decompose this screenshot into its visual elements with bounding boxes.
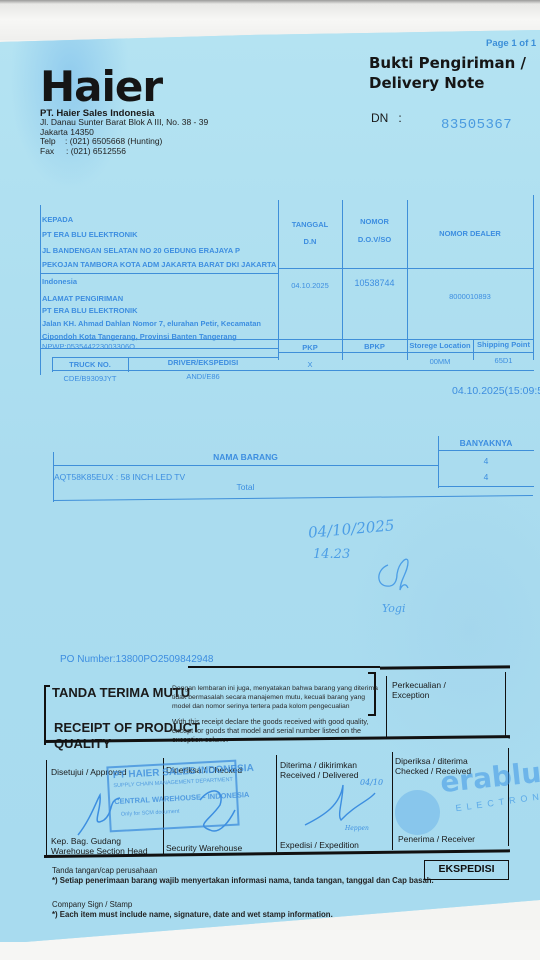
bpkp-header: BPKP <box>342 342 407 351</box>
nomor-value: 10538744 <box>342 278 407 288</box>
table-row-line <box>40 273 278 274</box>
table-row-line <box>278 370 534 371</box>
driver-value: ANDI/E86 <box>128 372 278 381</box>
goods-row-item: AQT58K85EUX : 58 INCH LED TV <box>54 472 185 482</box>
quantity-header: BANYAKNYA <box>438 438 534 448</box>
table-border-left <box>40 205 41 375</box>
received-delivered-label-1: Diterima / dikirimkan <box>280 760 357 770</box>
footnote-id-title: Tanda tangan/cap perusahaan <box>52 866 157 876</box>
recipient-address-2: PEKOJAN TAMBORA KOTA ADM JAKARTA BARAT D… <box>42 260 276 269</box>
shipping-point-header: Shipping Point <box>473 340 534 349</box>
footnote-en-text: *) Each item must include name, signatur… <box>52 910 333 920</box>
table-row-line <box>52 370 278 371</box>
exception-label-1: Perkecualian / <box>392 680 446 690</box>
nomor-header: NOMOR <box>342 217 407 226</box>
recipient-label: KEPADA <box>42 215 73 224</box>
recipient-country: Indonesia <box>42 277 77 286</box>
table-divider <box>407 200 408 360</box>
quality-bracket-right <box>368 714 376 716</box>
dn-label: DN : <box>371 111 402 125</box>
tanggal-header-2: D.N <box>278 237 342 246</box>
recipient-address-1: JL BANDENGAN SELATAN NO 20 GEDUNG ERAJAY… <box>42 246 240 255</box>
document-title: Bukti Pengiriman / Delivery Note <box>369 53 526 93</box>
truck-value: CDE/B9309JYT <box>52 374 128 383</box>
total-qty: 4 <box>438 472 534 482</box>
table-border-right <box>533 195 534 360</box>
dealer-header: NOMOR DEALER <box>407 229 533 238</box>
dn-number: 83505367 <box>441 117 512 133</box>
quality-title-id: TANDA TERIMA MUTU <box>52 685 190 701</box>
goods-row-line <box>438 450 534 451</box>
exception-box-left <box>386 676 387 738</box>
shipping-address-1: Jalan KH. Ahmad Dahlan Nomor 7, elurahan… <box>42 319 261 328</box>
total-label: Total <box>53 482 438 492</box>
svg-text:Heppen: Heppen <box>344 825 369 832</box>
receiver-label: Penerima / Receiver <box>398 834 475 844</box>
handwritten-name: Yogi <box>382 602 406 615</box>
quality-text-line: model dan nomor serinya tertera pada kol… <box>172 702 378 711</box>
sig-grid-divider <box>276 755 277 852</box>
haier-logo: Haier <box>40 62 162 111</box>
quality-bracket-left <box>44 685 50 687</box>
table-row-line <box>278 268 534 269</box>
tanggal-header: TANGGAL <box>278 220 342 229</box>
title-line-1: Bukti Pengiriman / <box>369 53 526 73</box>
exception-label-2: Exception <box>392 690 429 700</box>
quality-text-line: Dengan lembaran ini juga, menyatakan bah… <box>172 684 378 693</box>
storage-location-header: Storege Location <box>407 341 473 350</box>
title-line-2: Delivery Note <box>369 73 526 93</box>
quality-text-line: With this receipt declare the goods rece… <box>172 717 368 726</box>
sig-grid-divider <box>46 760 47 856</box>
shipping-name: PT ERA BLU ELEKTRONIK <box>42 306 138 315</box>
shipping-point-value: 65D1 <box>473 356 534 365</box>
goods-row-line <box>53 465 438 466</box>
handwritten-time: 14.23 <box>313 547 350 562</box>
po-number: PO Number:13800PO2509842948 <box>60 654 213 665</box>
shipping-address-2: Cipondoh Kota Tangerang, Provinsi Banten… <box>42 332 237 341</box>
table-row-line <box>278 352 534 353</box>
exception-box-right <box>505 672 506 738</box>
print-timestamp: 04.10.2025(15:09:54) <box>452 385 540 397</box>
page-indicator: Page 1 of 1 <box>486 38 536 49</box>
expedition-signature: Heppen 04/10 <box>285 775 395 835</box>
quality-text-line: tidak bermasalah secara manajemen mutu, … <box>172 693 378 702</box>
pkp-header: PKP <box>278 343 342 352</box>
goods-row-qty: 4 <box>438 456 534 466</box>
handwritten-signature <box>370 550 420 600</box>
footnote-en-title: Company Sign / Stamp <box>52 900 132 910</box>
npwp-number: NPWP:053544223003306O <box>42 342 135 351</box>
pkp-value: X <box>278 360 342 369</box>
quality-bracket-right <box>368 672 374 674</box>
copy-label-ekspedisi: EKSPEDISI <box>424 860 509 880</box>
svg-text:04/10: 04/10 <box>360 778 383 787</box>
truck-header: TRUCK NO. <box>52 360 128 369</box>
erablue-stamp-circle <box>395 790 440 835</box>
dealer-value: 8000010893 <box>407 292 533 301</box>
item-name-header: NAMA BARANG <box>53 452 438 462</box>
footnote-id-text: *) Setiap penerimaan barang wajib menyer… <box>52 876 434 886</box>
goods-row-line <box>438 486 534 487</box>
company-address: Jl. Danau Sunter Barat Blok A III, No. 3… <box>40 118 208 156</box>
quality-text-id: Dengan lembaran ini juga, menyatakan bah… <box>172 684 378 711</box>
recipient-name: PT ERA BLU ELEKTRONIK <box>42 230 138 239</box>
driver-header: DRIVER/EKSPEDISI <box>128 358 278 367</box>
shipping-label: ALAMAT PENGIRIMAN <box>42 294 123 303</box>
expedition-label: Expedisi / Expedition <box>280 840 359 850</box>
quality-text-line: except for goods that model and serial n… <box>172 726 368 735</box>
address-line: Fax : (021) 6512556 <box>40 147 208 157</box>
nomor-header-2: D.O.V/SO <box>342 235 407 244</box>
storage-location-value: 00MM <box>407 357 473 366</box>
quality-top-border <box>188 666 380 668</box>
tanggal-value: 04.10.2025 <box>278 281 342 290</box>
approver-signatures <box>60 780 260 850</box>
quality-bracket-left <box>44 685 46 745</box>
